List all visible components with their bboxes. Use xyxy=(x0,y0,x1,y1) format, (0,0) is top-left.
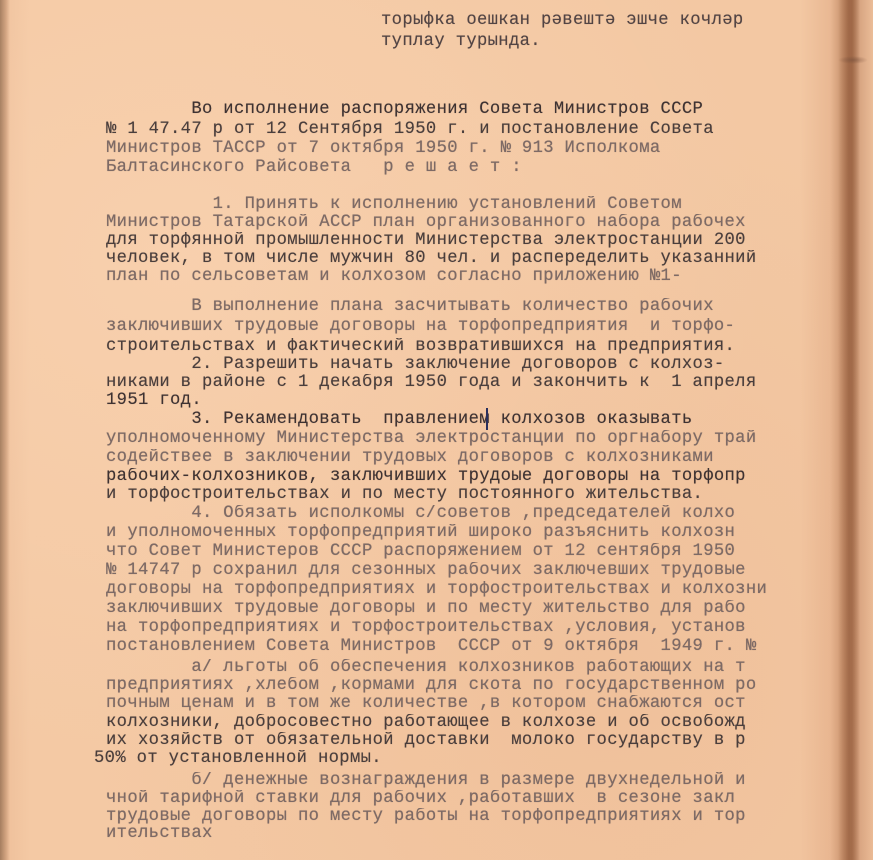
title-line-1: торыфка оешкан рәвештә эшче кочләр xyxy=(381,12,744,29)
item-a-line-4: колхозники, добросовестно работающее в к… xyxy=(106,714,851,731)
item-a-line-3: почным ценам и в том же количестве ,в ко… xyxy=(106,695,851,712)
p4-line-8: постановлением Совета Министров СССР от … xyxy=(106,638,851,655)
item-a-line-2: предприятиях ,хлебом ,кормами для скота … xyxy=(106,677,851,694)
p4-line-5: договоры на торфопредприятиях и торфостр… xyxy=(106,581,851,598)
p4-line-6: заключивших трудовые договоры и по месту… xyxy=(106,600,851,617)
p3-line-1: 3. Рекамендовать правлением колхозов ока… xyxy=(106,411,841,428)
p1-line-5: план по сельсоветам и колхозом согласно … xyxy=(106,268,841,285)
p1b-line-1: В выполнение плана засчитывать количеств… xyxy=(106,298,841,315)
p1-line-4: человек, в том числе мужчин 80 чел. и ра… xyxy=(106,250,841,267)
p4-line-7: на торфопредприятиях и торфостроительств… xyxy=(106,619,851,636)
item-a-line-1: а/ льготы об обеспечения колхозников раб… xyxy=(106,659,851,676)
item-b-line-3: трудовые договоры по месту работы на тор… xyxy=(106,808,851,825)
p2-line-1: 2. Разрешить начать заключение договоров… xyxy=(106,356,841,373)
p1-line-2: Министров Татарской АССР план организова… xyxy=(106,214,841,231)
p2-line-2: никами в районе с 1 декабря 1950 года и … xyxy=(106,374,846,391)
p2-line-3: 1951 год. xyxy=(106,392,841,409)
p3-line-5: и торфостроительствах и по месту постоян… xyxy=(106,486,841,503)
p4-line-2: и уполномоченных торфопредприятий широко… xyxy=(106,524,851,541)
item-b-line-2: чной тарифной ставки для рабочих ,работа… xyxy=(106,790,851,807)
preamble-line-4: Балтасинского Райсовета р е ш а е т : xyxy=(106,159,522,176)
p3-line-4: рабочих-колхозников, заключивших трудоые… xyxy=(106,468,851,485)
p4-line-3: что Совет Министеров СССР распоряжением … xyxy=(106,543,851,560)
text-cursor-mark xyxy=(486,408,488,430)
preamble-line-2: № 1 47.47 р от 12 Сентября 1950 г. и пос… xyxy=(106,121,714,138)
item-b-line-4: ительствах xyxy=(106,825,851,842)
p3-line-2: уполномоченному Министерства электростан… xyxy=(106,430,851,447)
paper-left-edge xyxy=(0,0,10,860)
item-a-line-6: 50% от установленной нормы. xyxy=(94,750,839,767)
preamble-line-1: Во исполнение распоряжения Совета Минист… xyxy=(106,101,703,118)
p1-line-1: 1. Принять к исполнению установлений Сов… xyxy=(106,196,841,213)
item-a-line-5: их хозяйств от обязательной доставки мол… xyxy=(106,732,851,749)
p1-line-3: для торфянной промышленности Министерств… xyxy=(106,232,841,249)
p1b-line-2: заключивших трудовые договоры на торфопр… xyxy=(106,318,841,335)
ink-smudge xyxy=(838,56,868,64)
item-b-line-1: б/ денежные вознаграждения в размере дву… xyxy=(106,772,851,789)
p4-line-1: 4. Обязать исполкомы с/советов ,председа… xyxy=(106,505,851,522)
p3-line-3: содействее в заключении трудовых договор… xyxy=(106,449,841,466)
p4-line-4: № 14747 р сохранил для сезонных рабочих … xyxy=(106,562,851,579)
p1b-line-3: строительствах и фактический возвративши… xyxy=(106,338,841,355)
title-line-2: туплау турында. xyxy=(381,33,541,50)
preamble-line-3: Министров ТАССР от 7 октября 1950 г. № 9… xyxy=(106,140,661,157)
